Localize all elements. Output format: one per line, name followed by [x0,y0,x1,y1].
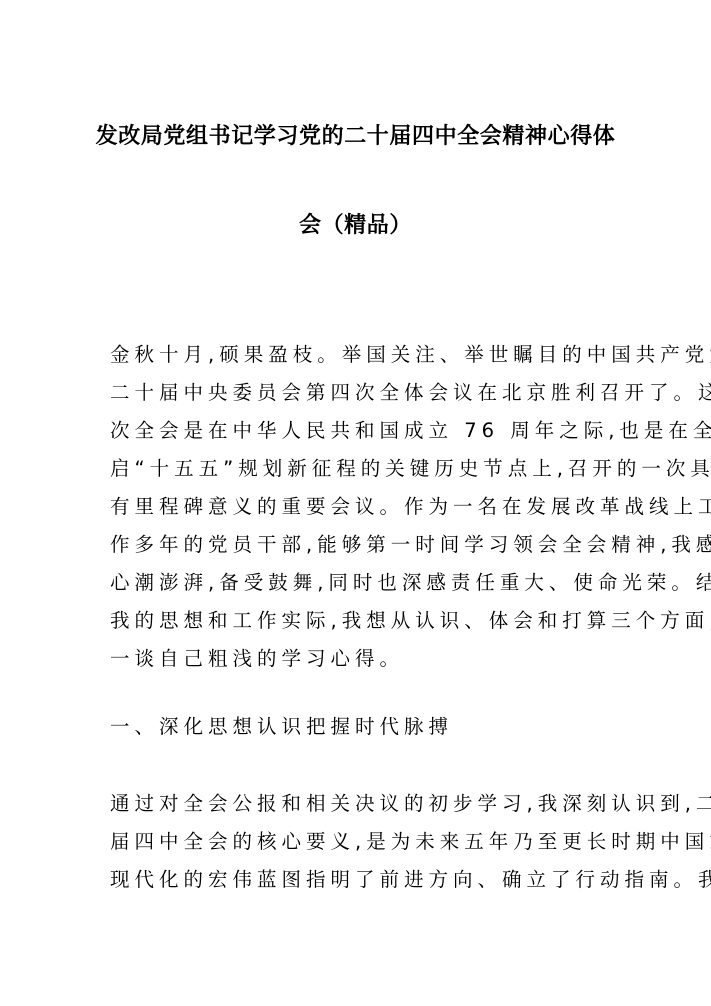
paragraph-line: 二十届中央委员会第四次全体会议在北京胜利召开了。这 [110,380,605,406]
paragraph-line: 次全会是在中华人民共和国成立 76 周年之际,也是在全面开 [110,418,605,444]
paragraph-line: 心潮澎湃,备受鼓舞,同时也深感责任重大、使命光荣。结合 [110,570,605,596]
document-title-line-1: 发改局党组书记学习党的二十届四中全会精神心得体 [0,122,711,152]
paragraph-line: 启“十五五”规划新征程的关键历史节点上,召开的一次具 [110,456,605,482]
paragraph-line: 有里程碑意义的重要会议。作为一名在发展改革战线上工 [110,494,605,520]
paragraph-line: 我的思想和工作实际,我想从认识、体会和打算三个方面,谈 [110,608,605,634]
paragraph-line: 一谈自己粗浅的学习心得。 [110,646,605,672]
document-title-line-2: 会（精品） [0,211,711,241]
section-heading: 一、深化思想认识把握时代脉搏 [110,714,453,740]
paragraph-line: 通过对全会公报和相关决议的初步学习,我深刻认识到,二十 [110,791,605,817]
paragraph-line: 届四中全会的核心要义,是为未来五年乃至更长时期中国式 [110,829,605,855]
paragraph-line: 金秋十月,硕果盈枝。举国关注、举世瞩目的中国共产党第 [110,342,605,368]
paragraph-line: 现代化的宏伟蓝图指明了前进方向、确立了行动指南。我 [110,867,605,893]
document-page: 发改局党组书记学习党的二十届四中全会精神心得体 会（精品） 金秋十月,硕果盈枝。… [0,0,711,1006]
paragraph-line: 作多年的党员干部,能够第一时间学习领会全会精神,我感到 [110,532,605,558]
